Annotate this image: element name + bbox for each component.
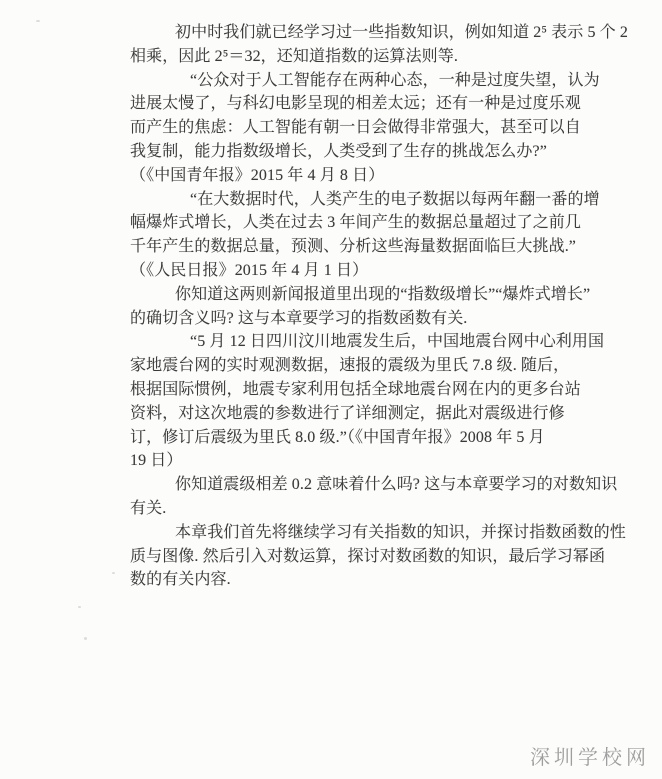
paragraph-question-magnitude: 你知道震级相差 0.2 意味着什么吗? 这与本章要学习的对数知识 有关. <box>130 473 580 521</box>
text-line: 有关. <box>130 497 580 521</box>
paragraph-chapter-overview: 本章我们首先将继续学习有关指数的知识，并探讨指数函数的性 质与图像. 然后引入对… <box>130 521 580 592</box>
scan-speck <box>36 20 40 22</box>
paragraph-quote-ai: “公众对于人工智能存在两种心态，一种是过度失望，认为 进展太慢了，与科幻电影呈现… <box>130 69 580 188</box>
paragraph-question-exponential: 你知道这两则新闻报道里出现的“指数级增长”“爆炸式增长” 的确切含义吗? 这与本… <box>130 283 580 331</box>
text-line: 根据国际惯例，地震专家利用包括全球地震台网在内的更多台站 <box>130 378 580 402</box>
text-line: “公众对于人工智能存在两种心态，一种是过度失望，认为 <box>130 69 580 93</box>
body-text-block: 初中时我们就已经学习过一些指数知识，例如知道 2⁵ 表示 5 个 2 相乘，因此… <box>130 21 580 592</box>
scanned-textbook-page: 初中时我们就已经学习过一些指数知识，例如知道 2⁵ 表示 5 个 2 相乘，因此… <box>0 0 662 779</box>
text-line: 你知道震级相差 0.2 意味着什么吗? 这与本章要学习的对数知识 <box>130 473 580 497</box>
text-line: 的确切含义吗? 这与本章要学习的指数函数有关. <box>130 307 580 331</box>
text-line: （《中国青年报》2015 年 4 月 8 日） <box>130 164 580 188</box>
text-line: “5 月 12 日四川汶川地震发生后，中国地震台网中心利用国 <box>130 330 580 354</box>
text-line: “在大数据时代，人类产生的电子数据以每两年翻一番的增 <box>130 188 580 212</box>
text-line: 而产生的焦虑：人工智能有朝一日会做得非常强大，甚至可以自 <box>130 116 580 140</box>
text-line: 本章我们首先将继续学习有关指数的知识，并探讨指数函数的性 <box>130 521 580 545</box>
text-line: 初中时我们就已经学习过一些指数知识，例如知道 2⁵ 表示 5 个 2 <box>130 21 580 45</box>
text-line: 家地震台网的实时观测数据，速报的震级为里氏 7.8 级. 随后， <box>130 354 580 378</box>
paragraph-quote-bigdata: “在大数据时代，人类产生的电子数据以每两年翻一番的增 幅爆炸式增长，人类在过去 … <box>130 188 580 283</box>
text-line: 你知道这两则新闻报道里出现的“指数级增长”“爆炸式增长” <box>130 283 580 307</box>
text-line: （《人民日报》2015 年 4 月 1 日） <box>130 259 580 283</box>
text-line: 订，修订后震级为里氏 8.0 级.”（《中国青年报》2008 年 5 月 <box>130 426 580 450</box>
watermark: 深圳学校网 <box>530 741 650 770</box>
text-line: 相乘，因此 2⁵＝32，还知道指数的运算法则等. <box>130 45 580 69</box>
text-line: 资料，对这次地震的参数进行了详细测定，据此对震级进行修 <box>130 402 580 426</box>
text-line: 我复制，能力指数级增长，人类受到了生存的挑战怎么办?” <box>130 140 580 164</box>
text-line: 幅爆炸式增长，人类在过去 3 年间产生的数据总量超过了之前几 <box>130 211 580 235</box>
text-line: 千年产生的数据总量，预测、分析这些海量数据面临巨大挑战.” <box>130 235 580 259</box>
scan-speck <box>112 572 115 574</box>
scan-speck <box>84 637 87 640</box>
paragraph-quote-earthquake: “5 月 12 日四川汶川地震发生后，中国地震台网中心利用国 家地震台网的实时观… <box>130 330 580 473</box>
scan-speck <box>78 606 81 608</box>
paragraph-intro-exponents: 初中时我们就已经学习过一些指数知识，例如知道 2⁵ 表示 5 个 2 相乘，因此… <box>130 21 580 69</box>
text-line: 质与图像. 然后引入对数运算，探讨对数函数的知识，最后学习幂函 <box>130 545 580 569</box>
text-line: 19 日） <box>130 449 580 473</box>
text-line: 进展太慢了，与科幻电影呈现的相差太远；还有一种是过度乐观 <box>130 92 580 116</box>
text-line: 数的有关内容. <box>130 568 580 592</box>
